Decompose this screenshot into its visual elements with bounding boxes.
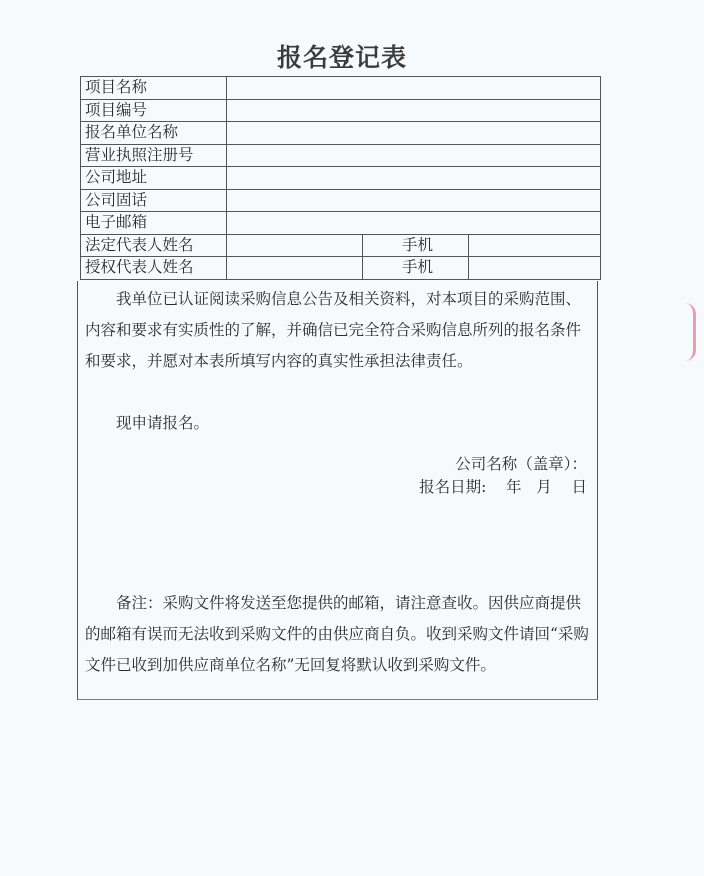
label-company-address: 公司地址 xyxy=(81,167,227,190)
company-stamp-label: 公司名称（盖章）： xyxy=(455,452,587,476)
label-email: 电子邮箱 xyxy=(81,212,227,235)
red-seal-mark xyxy=(685,303,696,361)
table-row: 公司固话 xyxy=(81,189,601,212)
email-field[interactable] xyxy=(227,212,601,235)
table-row: 营业执照注册号 xyxy=(81,144,601,167)
table-row: 授权代表人姓名 手机 xyxy=(81,257,601,280)
label-legal-rep-name: 法定代表人姓名 xyxy=(81,234,227,257)
company-address-field[interactable] xyxy=(227,167,601,190)
table-row: 电子邮箱 xyxy=(81,212,601,235)
project-number-field[interactable] xyxy=(227,99,601,122)
label-legal-rep-mobile: 手机 xyxy=(363,234,469,257)
business-license-field[interactable] xyxy=(227,144,601,167)
note-text: 备注：采购文件将发送至您提供的邮箱，请注意查收。因供应商提供的邮箱有误而无法收到… xyxy=(85,588,593,681)
declaration-box: 我单位已认证阅读采购信息公告及相关资料，对本项目的采购范围、内容和要求有实质性的… xyxy=(77,281,598,700)
registration-date-label: 报名日期: 年 月 日 xyxy=(419,475,587,499)
label-company-phone: 公司固话 xyxy=(81,189,227,212)
legal-rep-name-field[interactable] xyxy=(227,234,363,257)
label-applicant-name: 报名单位名称 xyxy=(81,122,227,145)
declaration-paragraph: 我单位已认证阅读采购信息公告及相关资料，对本项目的采购范围、内容和要求有实质性的… xyxy=(85,284,593,377)
label-project-name: 项目名称 xyxy=(81,77,227,100)
legal-rep-mobile-field[interactable] xyxy=(469,234,601,257)
table-row: 项目编号 xyxy=(81,99,601,122)
label-project-number: 项目编号 xyxy=(81,99,227,122)
table-row: 报名单位名称 xyxy=(81,122,601,145)
label-business-license: 营业执照注册号 xyxy=(81,144,227,167)
registration-form: 项目名称 项目编号 报名单位名称 营业执照注册号 公司地址 公司固话 电子邮箱 xyxy=(80,76,600,280)
authorized-rep-mobile-field[interactable] xyxy=(469,257,601,280)
company-phone-field[interactable] xyxy=(227,189,601,212)
form-title: 报名登记表 xyxy=(0,38,684,74)
registration-table: 项目名称 项目编号 报名单位名称 营业执照注册号 公司地址 公司固话 电子邮箱 xyxy=(80,76,601,280)
table-row: 法定代表人姓名 手机 xyxy=(81,234,601,257)
label-authorized-rep-name: 授权代表人姓名 xyxy=(81,257,227,280)
applicant-name-field[interactable] xyxy=(227,122,601,145)
table-row: 公司地址 xyxy=(81,167,601,190)
table-row: 项目名称 xyxy=(81,77,601,100)
label-authorized-rep-mobile: 手机 xyxy=(363,257,469,280)
apply-statement: 现申请报名。 xyxy=(85,408,593,439)
authorized-rep-name-field[interactable] xyxy=(227,257,363,280)
project-name-field[interactable] xyxy=(227,77,601,100)
